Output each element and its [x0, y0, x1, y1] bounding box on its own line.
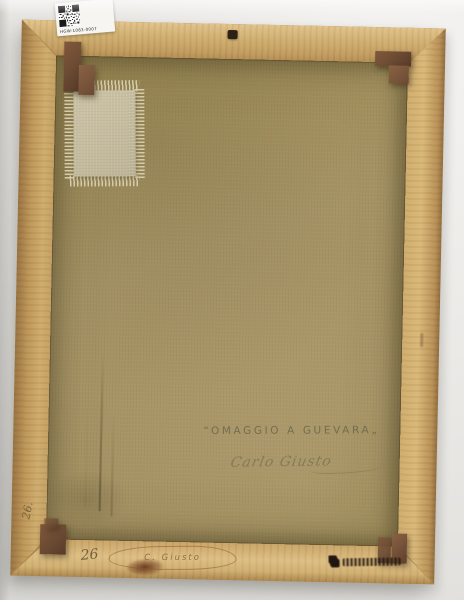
title-inscription: “OMAGGIO A GUEVARA„	[203, 424, 403, 437]
artist-name-label: C. Giusto	[109, 546, 237, 571]
corner-wedge-top-right	[389, 65, 409, 83]
painting-stretcher-frame: “OMAGGIO A GUEVARA„ Carlo Giusto	[10, 20, 446, 585]
bottom-bar-annotations: 26 C. Giusto	[10, 538, 435, 585]
patch-fringe	[70, 175, 140, 186]
patch-fringe	[134, 88, 144, 178]
nail-hole	[228, 30, 238, 39]
artist-name-label-text: C. Giusto	[144, 553, 201, 563]
patch-weave	[73, 90, 135, 176]
burlap-patch	[64, 80, 145, 186]
wood-knot-mark	[420, 333, 423, 347]
corner-wedge-bottom-left	[44, 518, 58, 528]
handwritten-number: 26	[80, 546, 99, 563]
ink-stamp	[328, 553, 406, 570]
photo-backdrop: “OMAGGIO A GUEVARA„ Carlo Giusto	[0, 0, 464, 600]
qr-sticker: HGW-1083-0007	[55, 0, 116, 36]
corner-wedge-top-left	[78, 65, 95, 95]
stamp-logo-icon	[328, 555, 339, 567]
stamp-text-smudge	[343, 558, 401, 567]
signature-flourish	[309, 462, 381, 474]
canvas-verso: “OMAGGIO A GUEVARA„ Carlo Giusto	[46, 55, 408, 546]
qr-code-icon	[58, 4, 81, 27]
